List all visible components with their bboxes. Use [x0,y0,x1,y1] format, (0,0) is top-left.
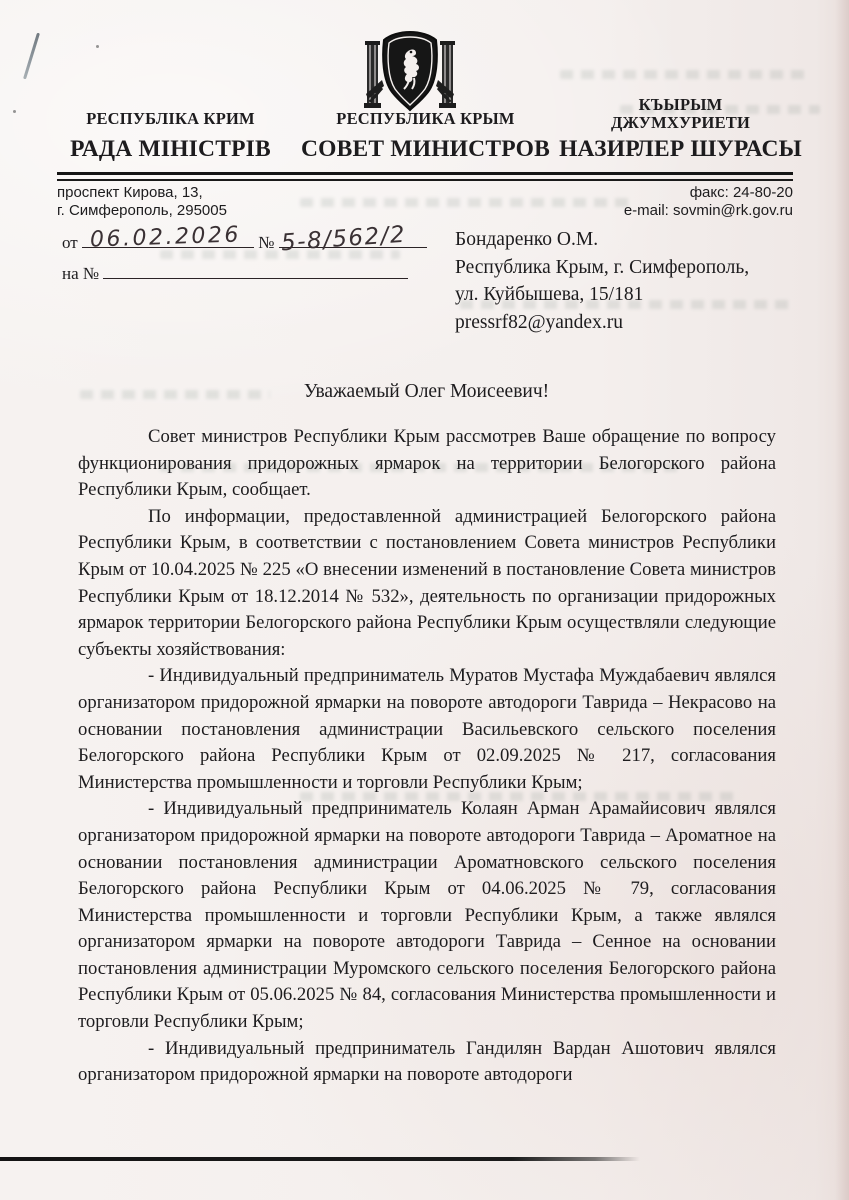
postal-address: проспект Кирова, 13, г. Симферополь, 295… [57,184,227,219]
address-line-1: проспект Кирова, 13, [57,184,227,202]
from-label: от [62,233,78,252]
body-paragraph: - Индивидуальный предприниматель Гандиля… [78,1036,776,1089]
recipient-region: Республика Крым, г. Симферополь, [455,254,749,282]
scan-edge-shadow [835,0,849,1200]
recipient-email: pressrf82@yandex.ru [455,309,749,337]
org-small-ru: РЕСПУБЛИКА КРЫМ [293,110,558,128]
dust-speck [13,110,16,113]
scanned-letter-page: РЕСПУБЛІКА КРИМ РАДА МІНІСТРІВ РЕСПУБЛИК… [0,0,849,1200]
org-small-uk: РЕСПУБЛІКА КРИМ [48,110,293,128]
body-paragraph: По информации, предоставленной администр… [78,504,776,664]
org-small-ct2: ДЖУМХУРИЕТИ [558,114,803,132]
incoming-reference-row: на № [62,261,422,292]
body-paragraph: Совет министров Республики Крым рассмотр… [78,424,776,504]
letterhead: РЕСПУБЛІКА КРИМ РАДА МІНІСТРІВ РЕСПУБЛИК… [48,96,803,162]
org-big-ct: НАЗИРЛЕР ШУРАСЫ [558,136,803,162]
handwritten-number: 5-8/562/2 [280,222,407,257]
number-label: № [258,233,274,252]
bleedthrough-artifact [560,70,810,79]
org-name-russian: РЕСПУБЛИКА КРЫМ СОВЕТ МИНИСТРОВ [293,110,558,162]
outgoing-reference-row: от 06.02.2026 № 5-8/562/2 [62,230,422,261]
reference-block: от 06.02.2026 № 5-8/562/2 на № [62,230,422,292]
address-line-2: г. Симферополь, 295005 [57,202,227,220]
salutation: Уважаемый Олег Моисеевич! [78,381,775,403]
contact-row: проспект Кирова, 13, г. Симферополь, 295… [57,184,793,219]
pen-scratch-artifact [23,33,40,80]
recipient-name: Бондаренко О.М. [455,226,749,254]
letterhead-double-rule [57,172,793,181]
recipient-street: ул. Куйбышева, 15/181 [455,281,749,309]
recipient-block: Бондаренко О.М. Республика Крым, г. Симф… [455,226,749,336]
dust-speck [96,45,99,48]
fax-email-block: факс: 24-80-20 e-mail: sovmin@rk.gov.ru [624,184,793,219]
reply-underline [103,261,408,279]
date-underline: 06.02.2026 [82,230,254,248]
org-small-ct1: КЪЫРЫМ [558,96,803,114]
org-big-uk: РАДА МІНІСТРІВ [48,136,293,162]
reply-to-label: на № [62,264,99,283]
letter-body: Совет министров Республики Крым рассмотр… [78,424,776,1089]
org-name-crimean-tatar: КЪЫРЫМ ДЖУМХУРИЕТИ НАЗИРЛЕР ШУРАСЫ [558,96,803,162]
email-line: e-mail: sovmin@rk.gov.ru [624,202,793,220]
body-paragraph: - Индивидуальный предприниматель Колаян … [78,796,776,1035]
org-name-ukrainian: РЕСПУБЛІКА КРИМ РАДА МІНІСТРІВ [48,110,293,162]
scan-fold-line [0,1157,640,1161]
number-underline: 5-8/562/2 [279,230,427,248]
org-big-ru: СОВЕТ МИНИСТРОВ [293,136,558,162]
body-paragraph: - Индивидуальный предприниматель Муратов… [78,663,776,796]
fax-line: факс: 24-80-20 [624,184,793,202]
handwritten-date: 06.02.2026 [90,222,242,252]
